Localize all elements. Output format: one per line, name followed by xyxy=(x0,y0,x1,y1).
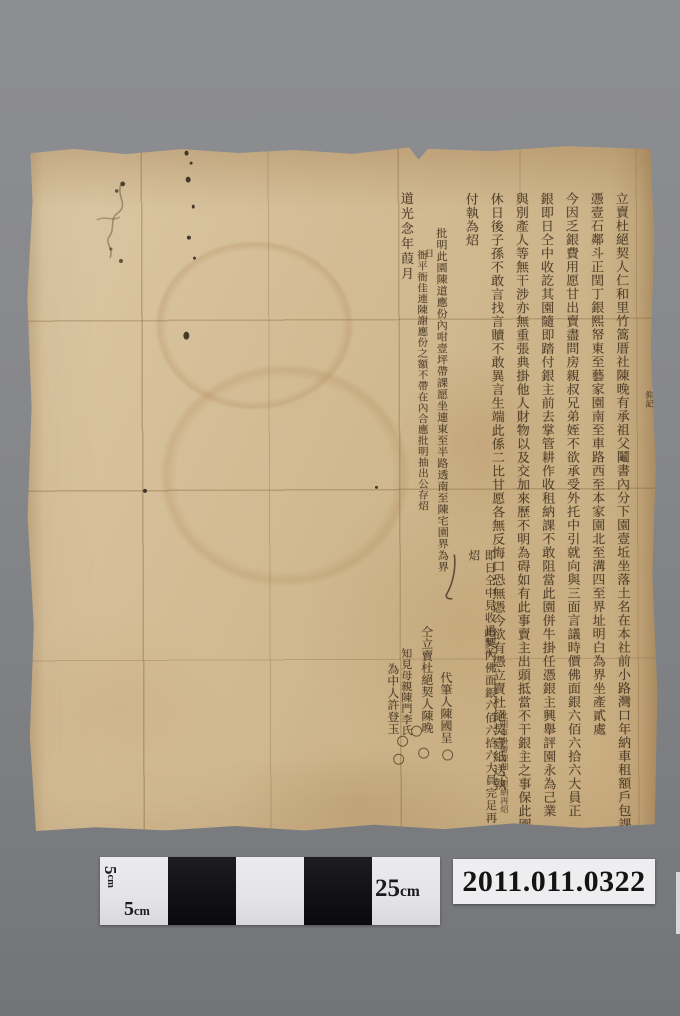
scale-label-total: 25cm xyxy=(375,876,420,901)
ink-spot xyxy=(143,489,147,493)
scale-square-black xyxy=(304,857,372,925)
scale-value: 25 xyxy=(375,875,400,902)
scale-value: 5 xyxy=(124,898,134,920)
deed-column-5: 與別產人等無干涉亦無重張典掛他人財物以及交加來歷不明為碍如有此事賣主出頭抵當不干… xyxy=(511,192,533,831)
scale-card-edge xyxy=(676,872,680,934)
ink-spot xyxy=(190,162,193,165)
scale-bar: 5cm 5cm 25cm xyxy=(100,857,440,925)
scale-square-black xyxy=(168,857,236,925)
ink-spot xyxy=(192,205,195,209)
annotation-block: 批明此園陳道應份內咁壹坪帶課愿坐連東至半路透南至陳宅園界為界 衙平衙佳連陳謝應份… xyxy=(415,228,451,573)
finger-seal-mark xyxy=(397,736,408,747)
signature-middleman: 為中人許登玉 xyxy=(385,663,402,735)
finger-seal-mark xyxy=(442,750,453,761)
date-day-character: 日 xyxy=(422,249,435,258)
date-column: 道光念年葭月 xyxy=(396,192,415,282)
deed-column-1: 立賣杜絕契人仁和里竹篙厝社陳晚有承祖父鬮書內分下園壹坵坐落土名在本社前小路灣口年… xyxy=(611,192,633,831)
finger-seal-mark xyxy=(418,748,429,759)
scale-unit: cm xyxy=(105,875,116,888)
ink-smudge-doodle xyxy=(87,179,151,274)
ink-spot xyxy=(375,486,378,489)
deed-column-3: 今因乏銀費用愿甘出賣盡問房親叔兄弟姪不欲承受外托中引就向與三面言議時價佛面銀六佰… xyxy=(561,192,583,831)
edge-insertion-note: 仰記 xyxy=(643,391,655,408)
ink-spot xyxy=(193,257,196,260)
deed-column-4: 銀即日仝中收訖其園隨即踏付銀主前去掌管耕作收租納課不敢阻當此園併牛掛任憑銀主興舉… xyxy=(536,192,558,831)
annotation-column-1: 批明此園陳道應份內咁壹坪帶課愿坐連東至半路透南至陳宅園界為界 xyxy=(433,228,451,573)
catalog-id: 2011.011.0322 xyxy=(462,865,645,899)
scale-label-vertical: 5cm xyxy=(102,866,119,888)
photo-stage: 立賣杜絕契人仁和里竹篙厝社陳晚有承祖父鬮書內分下園壹坵坐落土名在本社前小路灣口年… xyxy=(0,0,680,1016)
scale-square-white xyxy=(236,857,304,925)
annotation-column-2: 衙平衙佳連陳謝應份之額不帶在內合應批明抽出公存炤 xyxy=(415,250,431,573)
scale-unit: cm xyxy=(134,904,150,918)
document-paper: 立賣杜絕契人仁和里竹篙厝社陳晚有承祖父鬮書內分下園壹坵坐落土名在本社前小路灣口年… xyxy=(24,144,659,833)
receipt-column: 即日仝中見收過契內佛面銀六佰六拾六大員完足再炤 xyxy=(466,549,499,830)
scale-unit: cm xyxy=(400,883,420,900)
scale-label-bottom: 5cm xyxy=(124,899,150,919)
ink-spot xyxy=(185,151,189,156)
receipt-tail: 此契平 xyxy=(480,627,495,657)
finger-seal-mark xyxy=(393,754,404,765)
catalog-id-plate: 2011.011.0322 xyxy=(453,859,655,904)
ink-spot xyxy=(183,332,189,340)
signature-seller: 仝立賣杜絕契人陳晚 xyxy=(419,626,436,734)
interlinear-note: 批明車掛帶課佃人照納再炤 xyxy=(497,711,509,813)
scale-value: 5 xyxy=(101,866,120,875)
signature-scribe: 代筆人陳國呈 xyxy=(438,672,455,744)
finger-seal-mark xyxy=(411,726,422,737)
brush-flourish xyxy=(442,552,458,602)
deed-column-2: 慿壹石鄰斗正閏丁銀熙帑東至藝家園南至車路西至本家園北至溝四至界址明白為界坐產貳處 xyxy=(586,192,608,831)
ink-spot xyxy=(186,177,191,183)
ink-spot xyxy=(187,236,191,240)
